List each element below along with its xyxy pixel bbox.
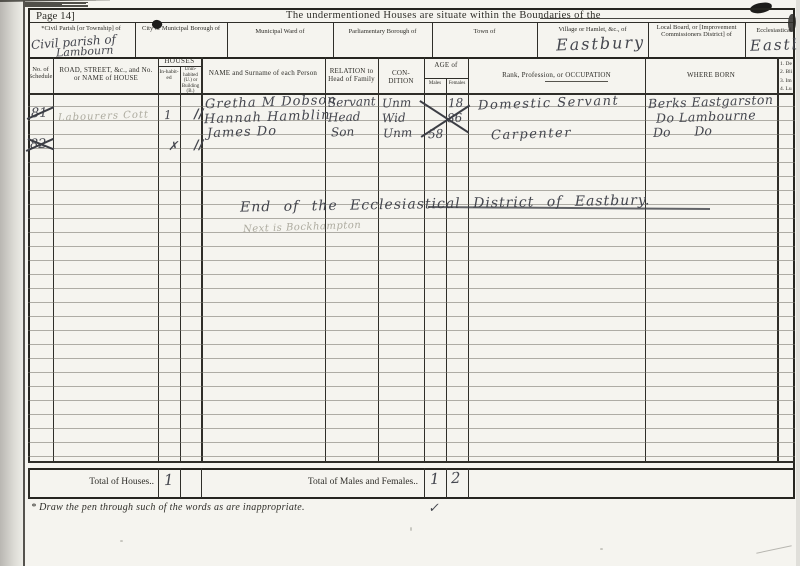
check-mark: ✓ (428, 502, 439, 515)
parliamentary-borough-label: Parliamentary Borough of (335, 28, 430, 35)
municipal-borough-label: City or Municipal Borough of (137, 25, 225, 32)
infirmity-item: 2. Bli (780, 68, 800, 76)
civil-parish-label: *Civil Parish [or Township] of (29, 25, 133, 32)
household-separator: // (194, 108, 204, 121)
paper-speck (120, 540, 123, 542)
entry-inhabited: 1 (164, 109, 172, 121)
totals-col-line (446, 468, 447, 498)
page-edge-line (23, 0, 25, 566)
totals-col-line (158, 468, 159, 498)
village-value: Eastbury (556, 34, 646, 53)
local-board-label: Local Board, or [Improvement Commissione… (650, 24, 743, 39)
district-divider (432, 22, 433, 57)
entry-condition: Unm (383, 126, 413, 139)
entry-relation: Head (328, 110, 361, 123)
col-header-houses: HOUSES (158, 58, 201, 66)
occupation-underline (545, 81, 608, 82)
entry-name: James Do (207, 125, 277, 140)
infirmity-item: 3. Im (780, 77, 800, 85)
district-divider (333, 22, 334, 57)
footnote: * Draw the pen through such of the words… (31, 502, 305, 513)
entry-condition: Wid (382, 112, 406, 125)
header-divider (28, 22, 795, 23)
age-sub-divider (424, 78, 468, 79)
page-binding-edge (0, 0, 24, 566)
table-bottom-border (28, 461, 795, 463)
ecclesiastical-label: Ecclesiastical (748, 27, 800, 34)
table-top-border (28, 57, 795, 59)
col-header-infirmity: 1. De 2. Bli 3. Im 4. Lu (780, 60, 800, 93)
table-row-rules (28, 93, 795, 461)
col-header-females: Females (446, 81, 468, 87)
col-header-males: Males (424, 81, 446, 87)
household-separator: // (194, 139, 204, 152)
municipal-ward-label: Municipal Ward of (229, 28, 331, 35)
paper-speck (600, 548, 603, 550)
paper-speck (410, 527, 412, 531)
entry-relation: Son (331, 126, 355, 139)
totals-col-line (468, 468, 469, 498)
entry-uninhabited: ✗ (168, 140, 178, 152)
town-label: Town of (434, 28, 535, 35)
entry-age-female: 18 (448, 97, 464, 110)
totals-col-line (180, 468, 181, 498)
entry-occupation: Carpenter (491, 127, 572, 143)
col-header-road: ROAD, STREET, &c., and No. or NAME of HO… (56, 67, 156, 83)
total-females-value: 2 (451, 471, 461, 486)
entry-relation: Servant (328, 95, 376, 109)
col-header-occupation: Rank, Profession, or OCCUPATION (470, 72, 643, 80)
infirmity-item: 1. De (780, 60, 800, 68)
page-number: Page 14] (36, 10, 75, 22)
district-divider (537, 22, 538, 57)
total-males-females-label: Total of Males and Females.. (258, 477, 418, 488)
census-document-page: Page 14] The undermentioned Houses are s… (0, 0, 800, 566)
ecclesiastical-value: Eastbury (750, 37, 796, 54)
district-divider (648, 22, 649, 57)
col-header-schedule: No. of Schedule (28, 66, 53, 81)
col-header-where-born: WHERE BORN (647, 72, 775, 80)
total-houses-label: Total of Houses.. (60, 477, 154, 488)
col-header-condition: CON-DITION (380, 70, 422, 86)
district-divider (227, 22, 228, 57)
entry-condition: Unm (382, 96, 412, 109)
totals-top-border (28, 468, 795, 470)
col-header-relation: RELATION to Head of Family (327, 68, 376, 84)
totals-left-border (28, 468, 30, 498)
entry-born: Do Do (653, 125, 712, 140)
district-divider (745, 22, 746, 57)
infirmity-item: 4. Lu (780, 85, 800, 93)
totals-bottom-border (28, 497, 795, 499)
district-divider (135, 22, 136, 57)
total-houses-value: 1 (164, 473, 174, 488)
pencil-smudge (756, 545, 791, 553)
totals-col-line (201, 468, 202, 498)
totals-col-line (424, 468, 425, 498)
total-males-value: 1 (430, 472, 440, 487)
title-rule (540, 18, 795, 19)
col-header-uninhabited: Unin-habited (U.) or Building (B.) (181, 67, 200, 95)
col-header-name: NAME and Surname of each Person (203, 70, 323, 78)
col-header-age: AGE of (424, 62, 468, 70)
page-title: The undermentioned Houses are situate wi… (286, 10, 601, 22)
col-header-inhabited: In-habit-ed (159, 69, 179, 81)
